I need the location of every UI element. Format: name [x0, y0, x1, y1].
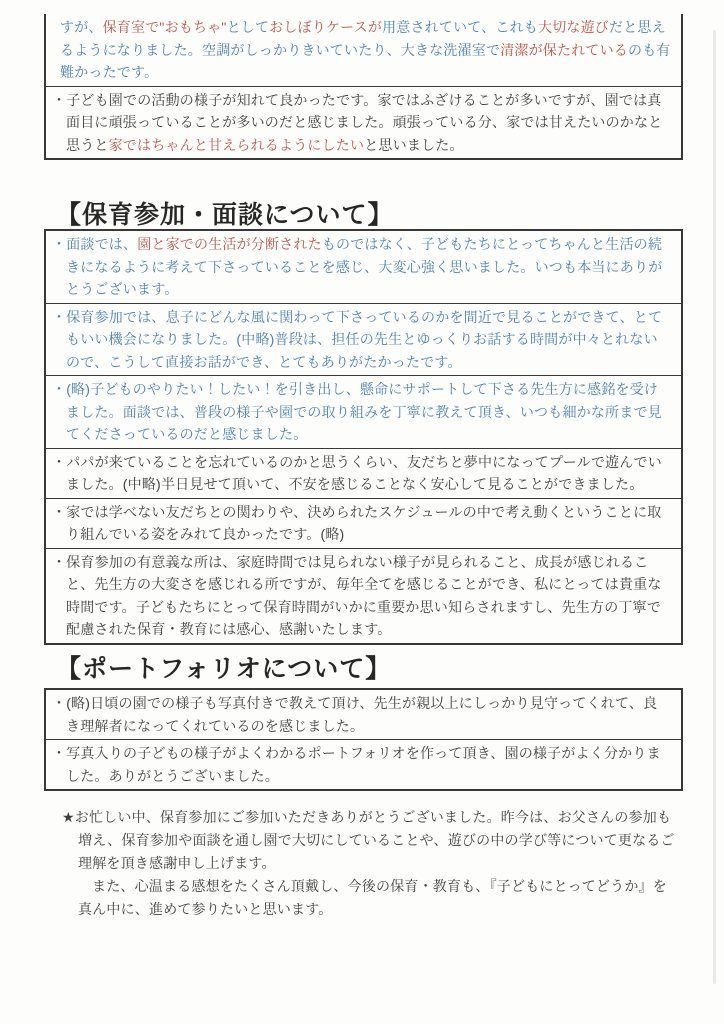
text-segment: 大切な遊び: [538, 19, 609, 35]
feedback-entry: ・パパが来ていることを忘れているのかと思うくらい、友だちと夢中になってプールで遊…: [46, 448, 681, 498]
section-heading-portfolio: 【ポートフォリオについて】: [56, 649, 391, 685]
text-segment: ・面談では、: [52, 236, 137, 252]
closing-paragraph: ★お忙しい中、保育参加にご参加いただきありがとうございました。昨今は、お父さんの…: [62, 806, 678, 875]
feedback-entry: ・子ども園での活動の様子が知れて良かったです。家ではふざけることが多いですが、園…: [46, 86, 681, 159]
text-segment: 保育室で"おもちゃ": [103, 19, 227, 35]
feedback-entry: ・保育参加の有意義な所は、家庭時間では見られない様子が見られること、成長が感じれ…: [46, 548, 681, 643]
feedback-box-portfolio: ・(略)日頃の園での様子も写真付きで教えて頂け、先生が親以上にしっかり見守ってく…: [44, 688, 683, 791]
feedback-box-hoiku-sanka: ・面談では、園と家での生活が分断されたものではなく、子どもたちにとってちゃんと生…: [44, 229, 683, 645]
text-segment: と思いました。: [364, 137, 463, 153]
text-segment: 園と家での生活が分断された: [137, 236, 322, 252]
star-icon: ★: [62, 809, 75, 825]
text-segment: すが、: [60, 19, 103, 35]
feedback-entry: ・(略)子どものやりたい！したい！を引き出し、懸命にサポートして下さる先生方に感…: [46, 375, 681, 448]
closing-note: ★お忙しい中、保育参加にご参加いただきありがとうございました。昨今は、お父さんの…: [62, 806, 678, 921]
text-segment: ・家では学べない友だちとの関わりや、決められたスケジュールの中で考え動くというこ…: [52, 504, 661, 543]
closing-text: また、心温まる感想をたくさん頂戴し、今後の保育・教育も、『子どもにとってどうか』…: [78, 878, 667, 917]
text-segment: として: [227, 19, 270, 35]
scan-edge-shadow: [713, 30, 716, 984]
text-segment: おしぼりケースが: [269, 19, 382, 35]
text-segment: ・保育参加では、息子にどんな風に関わって下さっているのかを間近で見ることができて…: [52, 309, 662, 370]
text-segment: ・写真入りの子どもの様子がよくわかるポートフォリオを作って頂き、園の様子がよく分…: [52, 745, 661, 784]
section-heading-hoiku-sanka-mendan: 【保育参加・面談について】: [56, 195, 394, 231]
feedback-entry: ・保育参加では、息子にどんな風に関わって下さっているのかを間近で見ることができて…: [46, 303, 681, 376]
feedback-entry: すが、保育室で"おもちゃ"としておしぼりケースが用意されていて、これも大切な遊び…: [46, 14, 681, 86]
text-segment: 家ではちゃんと甘えられるようにしたい: [109, 137, 365, 153]
feedback-entry: ・(略)日頃の園での様子も写真付きで教えて頂け、先生が親以上にしっかり見守ってく…: [46, 690, 681, 739]
text-segment: ・保育参加の有意義な所は、家庭時間では見られない様子が見られること、成長が感じれ…: [52, 554, 662, 638]
feedback-box-top: すが、保育室で"おもちゃ"としておしぼりケースが用意されていて、これも大切な遊び…: [44, 14, 683, 160]
scanned-feedback-document: すが、保育室で"おもちゃ"としておしぼりケースが用意されていて、これも大切な遊び…: [0, 0, 724, 1024]
text-segment: 清潔が保たれている: [500, 42, 628, 58]
closing-paragraph: また、心温まる感想をたくさん頂戴し、今後の保育・教育も、『子どもにとってどうか』…: [62, 875, 678, 921]
text-segment: ・(略)日頃の園での様子も写真付きで教えて頂け、先生が親以上にしっかり見守ってく…: [52, 695, 657, 734]
text-segment: ・パパが来ていることを忘れているのかと思うくらい、友だちと夢中になってプールで遊…: [52, 454, 662, 493]
feedback-entry: ・写真入りの子どもの様子がよくわかるポートフォリオを作って頂き、園の様子がよく分…: [46, 739, 681, 789]
feedback-entry: ・面談では、園と家での生活が分断されたものではなく、子どもたちにとってちゃんと生…: [46, 231, 681, 303]
closing-text: お忙しい中、保育参加にご参加いただきありがとうございました。昨今は、お父さんの参…: [75, 809, 675, 871]
text-segment: 用意されていて、これも: [382, 19, 538, 35]
feedback-entry: ・家では学べない友だちとの関わりや、決められたスケジュールの中で考え動くというこ…: [46, 498, 681, 548]
text-segment: ・(略)子どものやりたい！したい！を引き出し、懸命にサポートして下さる先生方に感…: [52, 381, 662, 442]
